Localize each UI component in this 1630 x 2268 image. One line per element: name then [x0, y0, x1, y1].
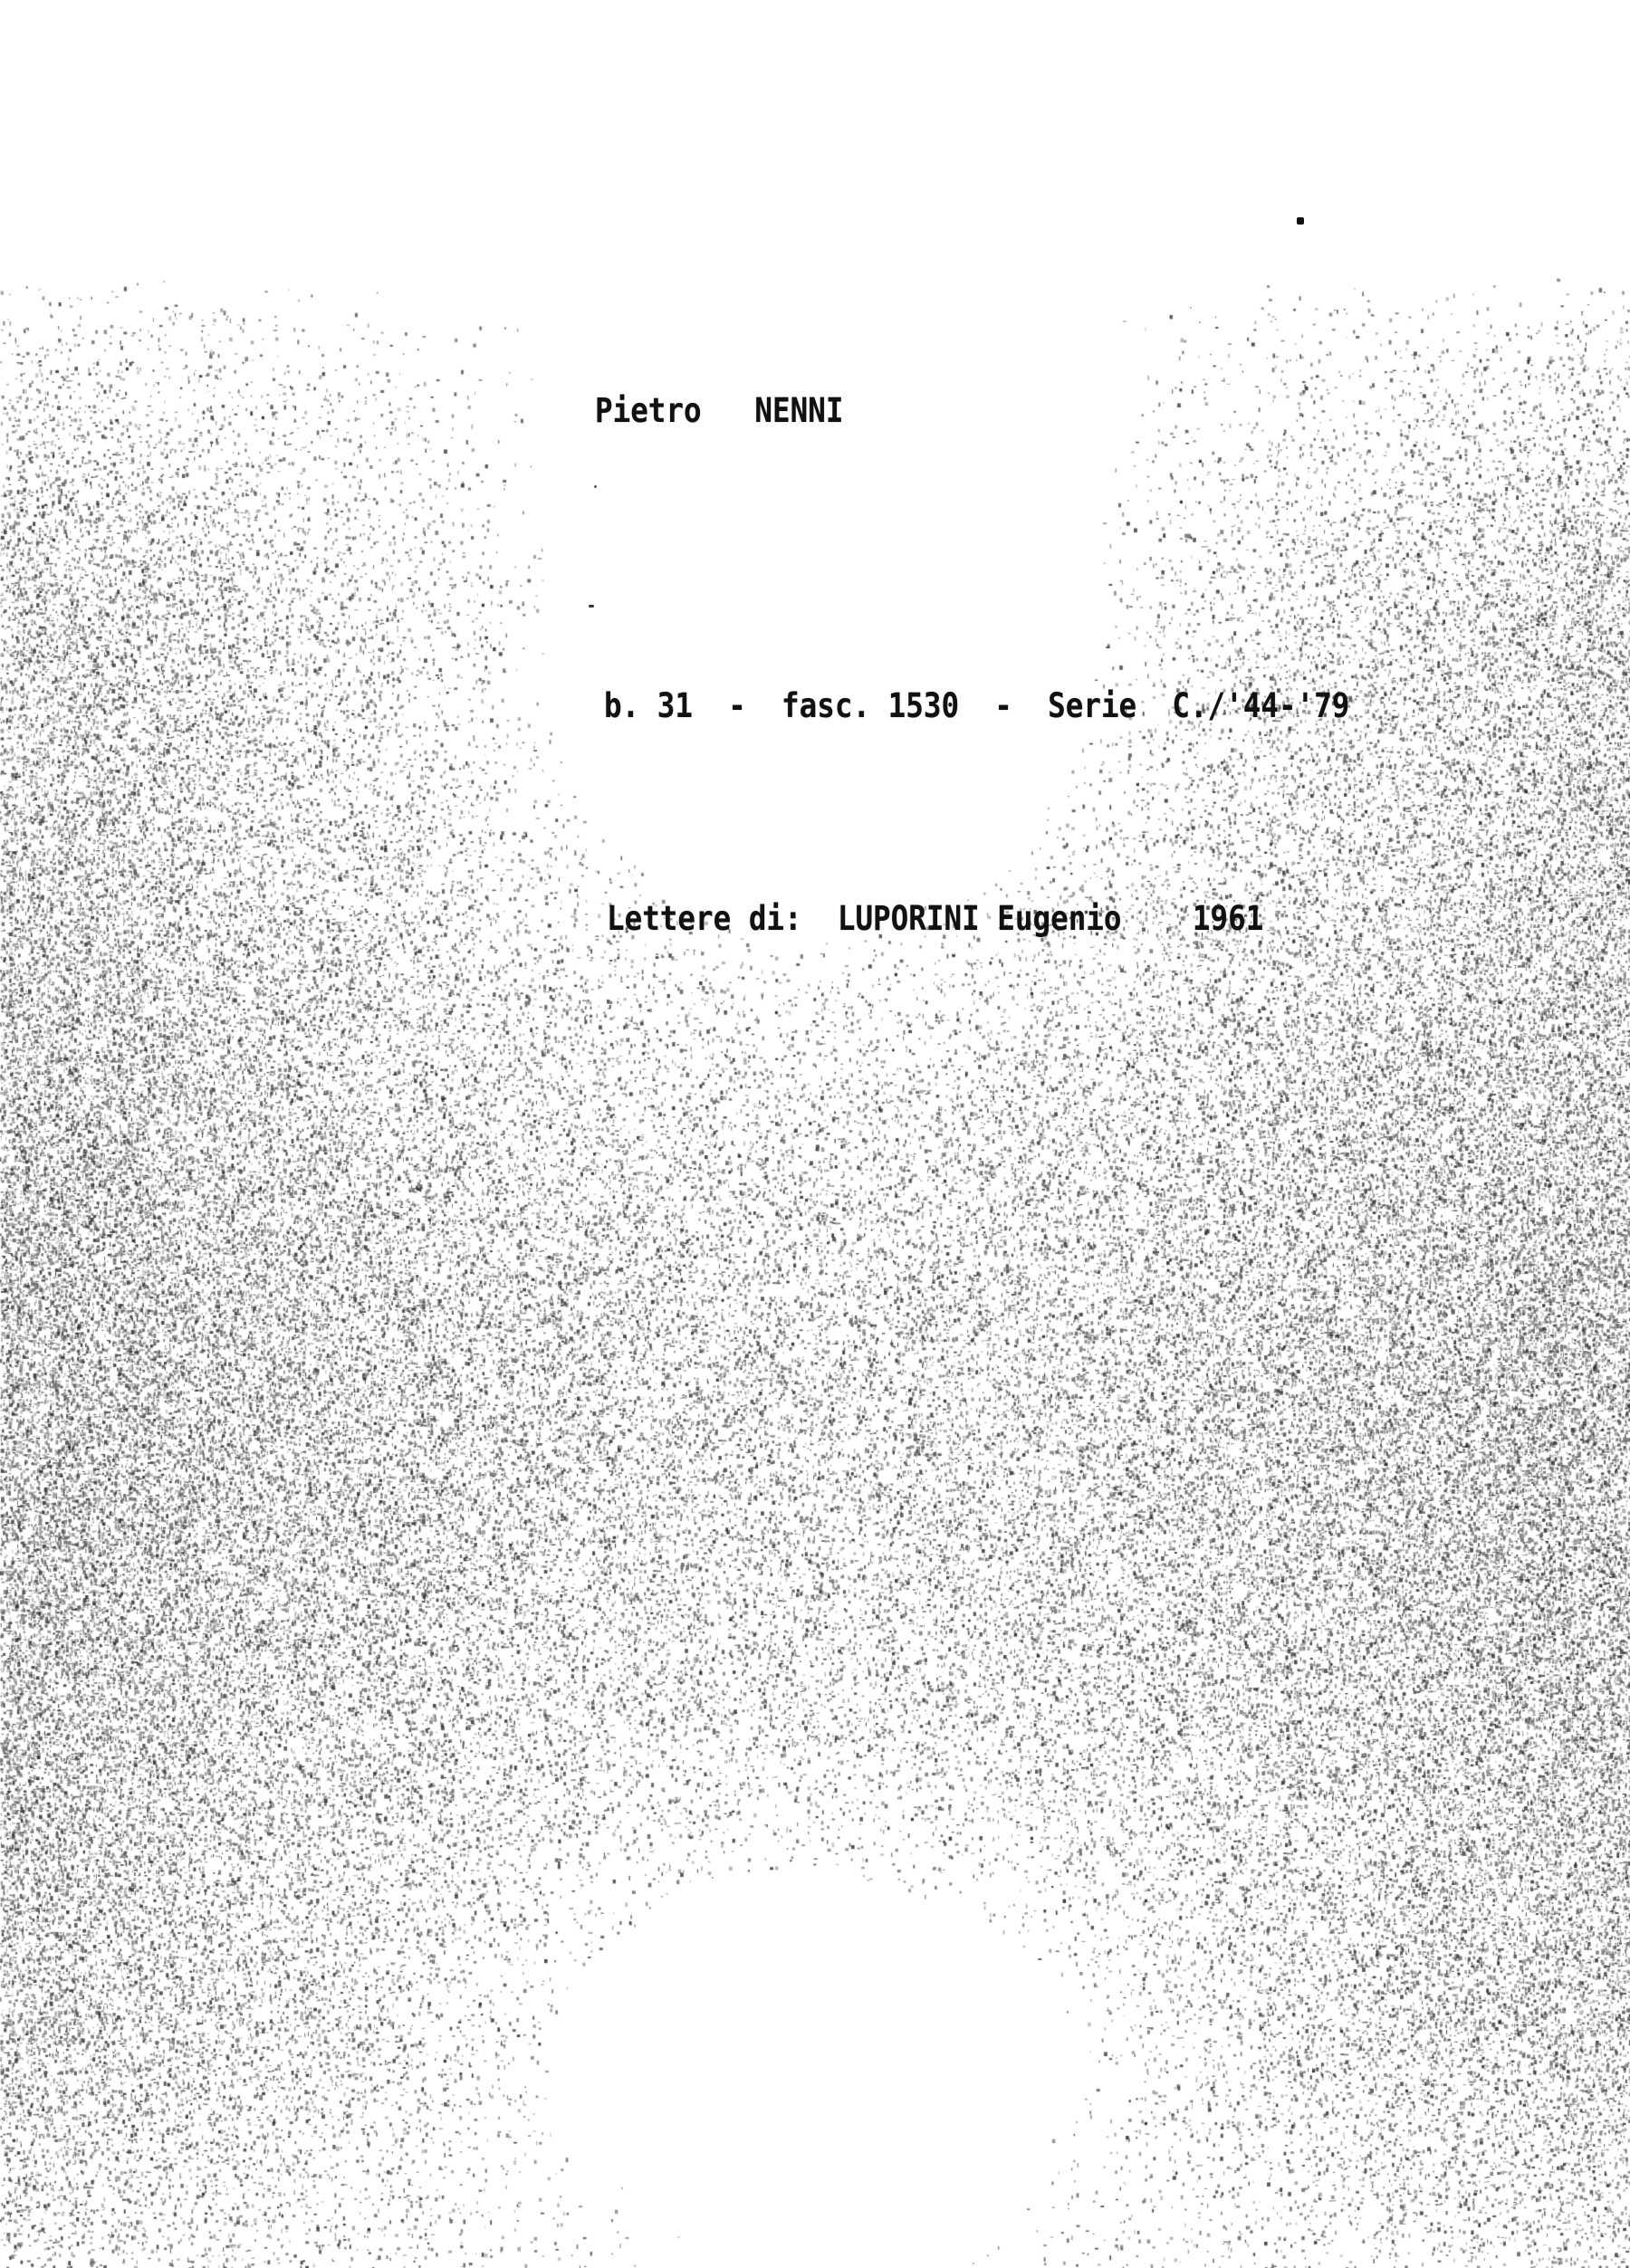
letters-label: Lettere di:: [607, 899, 802, 938]
author-first-name: Pietro: [595, 391, 702, 430]
letters-line: Lettere di: LUPORINI Eugenio 1961: [607, 899, 1263, 938]
reference-line: b. 31 - fasc. 1530 - Serie C./'44-'79: [604, 686, 1349, 725]
correspondent-name: LUPORINI Eugenio: [838, 899, 1122, 938]
ink-speck: [589, 605, 594, 608]
letters-year: 1961: [1193, 899, 1263, 938]
fascicolo-number: fasc. 1530: [781, 686, 959, 725]
separator: -: [728, 686, 746, 725]
separator: -: [994, 686, 1012, 725]
document-page: Pietro NENNI b. 31 - fasc. 1530 - Serie …: [0, 0, 1630, 2268]
ink-speck: [594, 485, 597, 488]
serie-label: Serie C./'44-'79: [1048, 686, 1349, 725]
author-line: Pietro NENNI: [595, 391, 843, 430]
author-last-name: NENNI: [754, 391, 843, 430]
busta-number: b. 31: [604, 686, 693, 725]
ink-speck: [1297, 217, 1304, 225]
